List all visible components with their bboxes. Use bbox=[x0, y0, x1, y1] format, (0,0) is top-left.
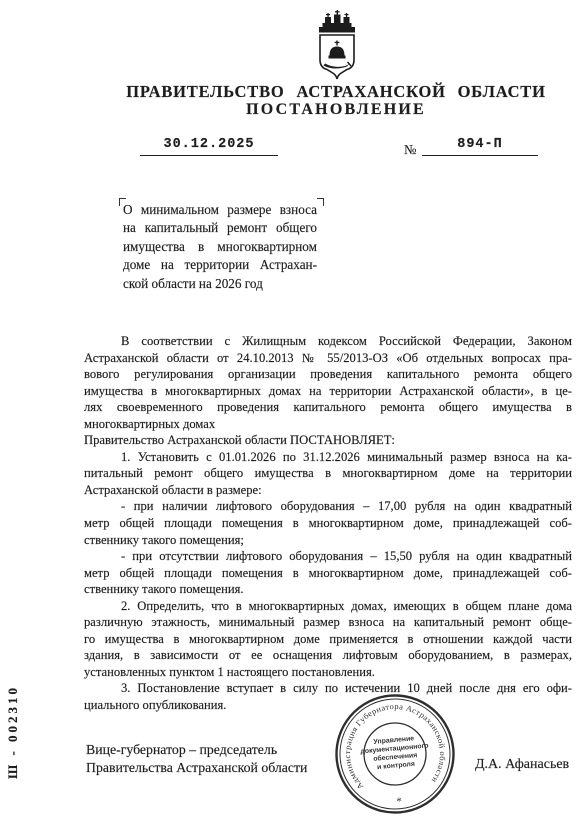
blank-series-number: Ш - 002310 bbox=[5, 685, 21, 779]
signature-position-line: Правительства Астраханской области bbox=[86, 759, 307, 777]
body-line: различную этажность, минимальный размер … bbox=[84, 614, 572, 631]
coat-of-arms-graphic bbox=[304, 10, 370, 86]
body-line: 1. Установить с 01.01.2026 по 31.12.2026… bbox=[84, 449, 572, 466]
body-paragraph: 2. Определить, что в многоквартирных дом… bbox=[84, 598, 572, 681]
document-title: О минимальном размере взносана капитальн… bbox=[123, 201, 317, 293]
round-stamp-icon: Администрация Губернатора Астраханской о… bbox=[329, 688, 461, 820]
body-line: го имущества в многоквартирном доме прим… bbox=[84, 631, 572, 648]
title-line: имущества в многоквартирном bbox=[123, 238, 317, 256]
astrakhan-coat-of-arms-icon bbox=[304, 10, 370, 86]
org-name: ПРАВИТЕЛЬСТВО АСТРАХАНСКОЙ ОБЛАСТИ bbox=[70, 82, 580, 102]
document-body: В соответствии с Жилищным кодексом Росси… bbox=[84, 333, 572, 714]
number-field: 894-П bbox=[422, 137, 538, 156]
body-line: 3. Постановление вступает в силу по исте… bbox=[84, 680, 572, 697]
body-line: Астраханской области в размере: bbox=[84, 482, 572, 499]
body-line: Правительство Астраханской области ПОСТА… bbox=[84, 432, 572, 449]
doc-type-title: ПОСТАНОВЛЕНИЕ bbox=[70, 101, 580, 119]
body-paragraph: В соответствии с Жилищным кодексом Росси… bbox=[84, 333, 572, 432]
title-corner-mark-right bbox=[317, 198, 324, 206]
date-value: 30.12.2025 bbox=[163, 137, 254, 152]
date-field: 30.12.2025 bbox=[140, 137, 278, 156]
title-line: ской области на 2026 год bbox=[123, 275, 317, 293]
body-line: установленных пунктом 1 настоящего поста… bbox=[84, 664, 572, 681]
title-line: доме на территории Астрахан- bbox=[123, 256, 317, 274]
body-paragraph: 1. Установить с 01.01.2026 по 31.12.2026… bbox=[84, 449, 572, 499]
body-line: Астраханской области от 24.10.2013 № 55/… bbox=[84, 350, 572, 367]
body-paragraph: Правительство Астраханской области ПОСТА… bbox=[84, 432, 572, 449]
document-page: ПРАВИТЕЛЬСТВО АСТРАХАНСКОЙ ОБЛАСТИ ПОСТА… bbox=[0, 0, 580, 839]
body-line: питальный ремонт общего имущества в мног… bbox=[84, 465, 572, 482]
signature-position: Вице-губернатор – председатель Правитель… bbox=[86, 741, 307, 776]
body-line: 2. Определить, что в многоквартирных дом… bbox=[84, 598, 572, 615]
body-line: ственнику такого помещения. bbox=[84, 581, 572, 598]
stamp-graphic: Администрация Губернатора Астраханской о… bbox=[329, 688, 461, 820]
body-paragraph: - при наличии лифтового оборудования – 1… bbox=[84, 498, 572, 548]
number-label: № bbox=[404, 142, 416, 158]
signatory-name: Д.А. Афанасьев bbox=[475, 757, 569, 773]
body-line: имущества в многоквартирных домах на тер… bbox=[84, 383, 572, 400]
body-line: метр общей площади помещения в многоквар… bbox=[84, 515, 572, 532]
signature-position-line: Вице-губернатор – председатель bbox=[86, 741, 307, 759]
body-line: - при наличии лифтового оборудования – 1… bbox=[84, 498, 572, 515]
body-line: лях своевременного проведения капитально… bbox=[84, 399, 572, 416]
body-line: В соответствии с Жилищным кодексом Росси… bbox=[84, 333, 572, 350]
body-paragraph: 3. Постановление вступает в силу по исте… bbox=[84, 680, 572, 713]
title-line: на капитальный ремонт общего bbox=[123, 219, 317, 237]
body-line: вового регулирования организации проведе… bbox=[84, 366, 572, 383]
body-line: здания, в зависимости от ее оснащения ли… bbox=[84, 647, 572, 664]
body-line: - при отсутствии лифтового оборудования … bbox=[84, 548, 572, 565]
number-value: 894-П bbox=[457, 137, 503, 152]
body-line: ственнику такого помещения; bbox=[84, 532, 572, 549]
stamp-star: * bbox=[396, 796, 403, 808]
stamp-center-line: и контроля bbox=[377, 761, 415, 771]
body-line: метр общей площади помещения в многоквар… bbox=[84, 565, 572, 582]
body-line: многоквартирных домах bbox=[84, 416, 572, 433]
body-paragraph: - при отсутствии лифтового оборудования … bbox=[84, 548, 572, 598]
title-line: О минимальном размере взноса bbox=[123, 201, 317, 219]
